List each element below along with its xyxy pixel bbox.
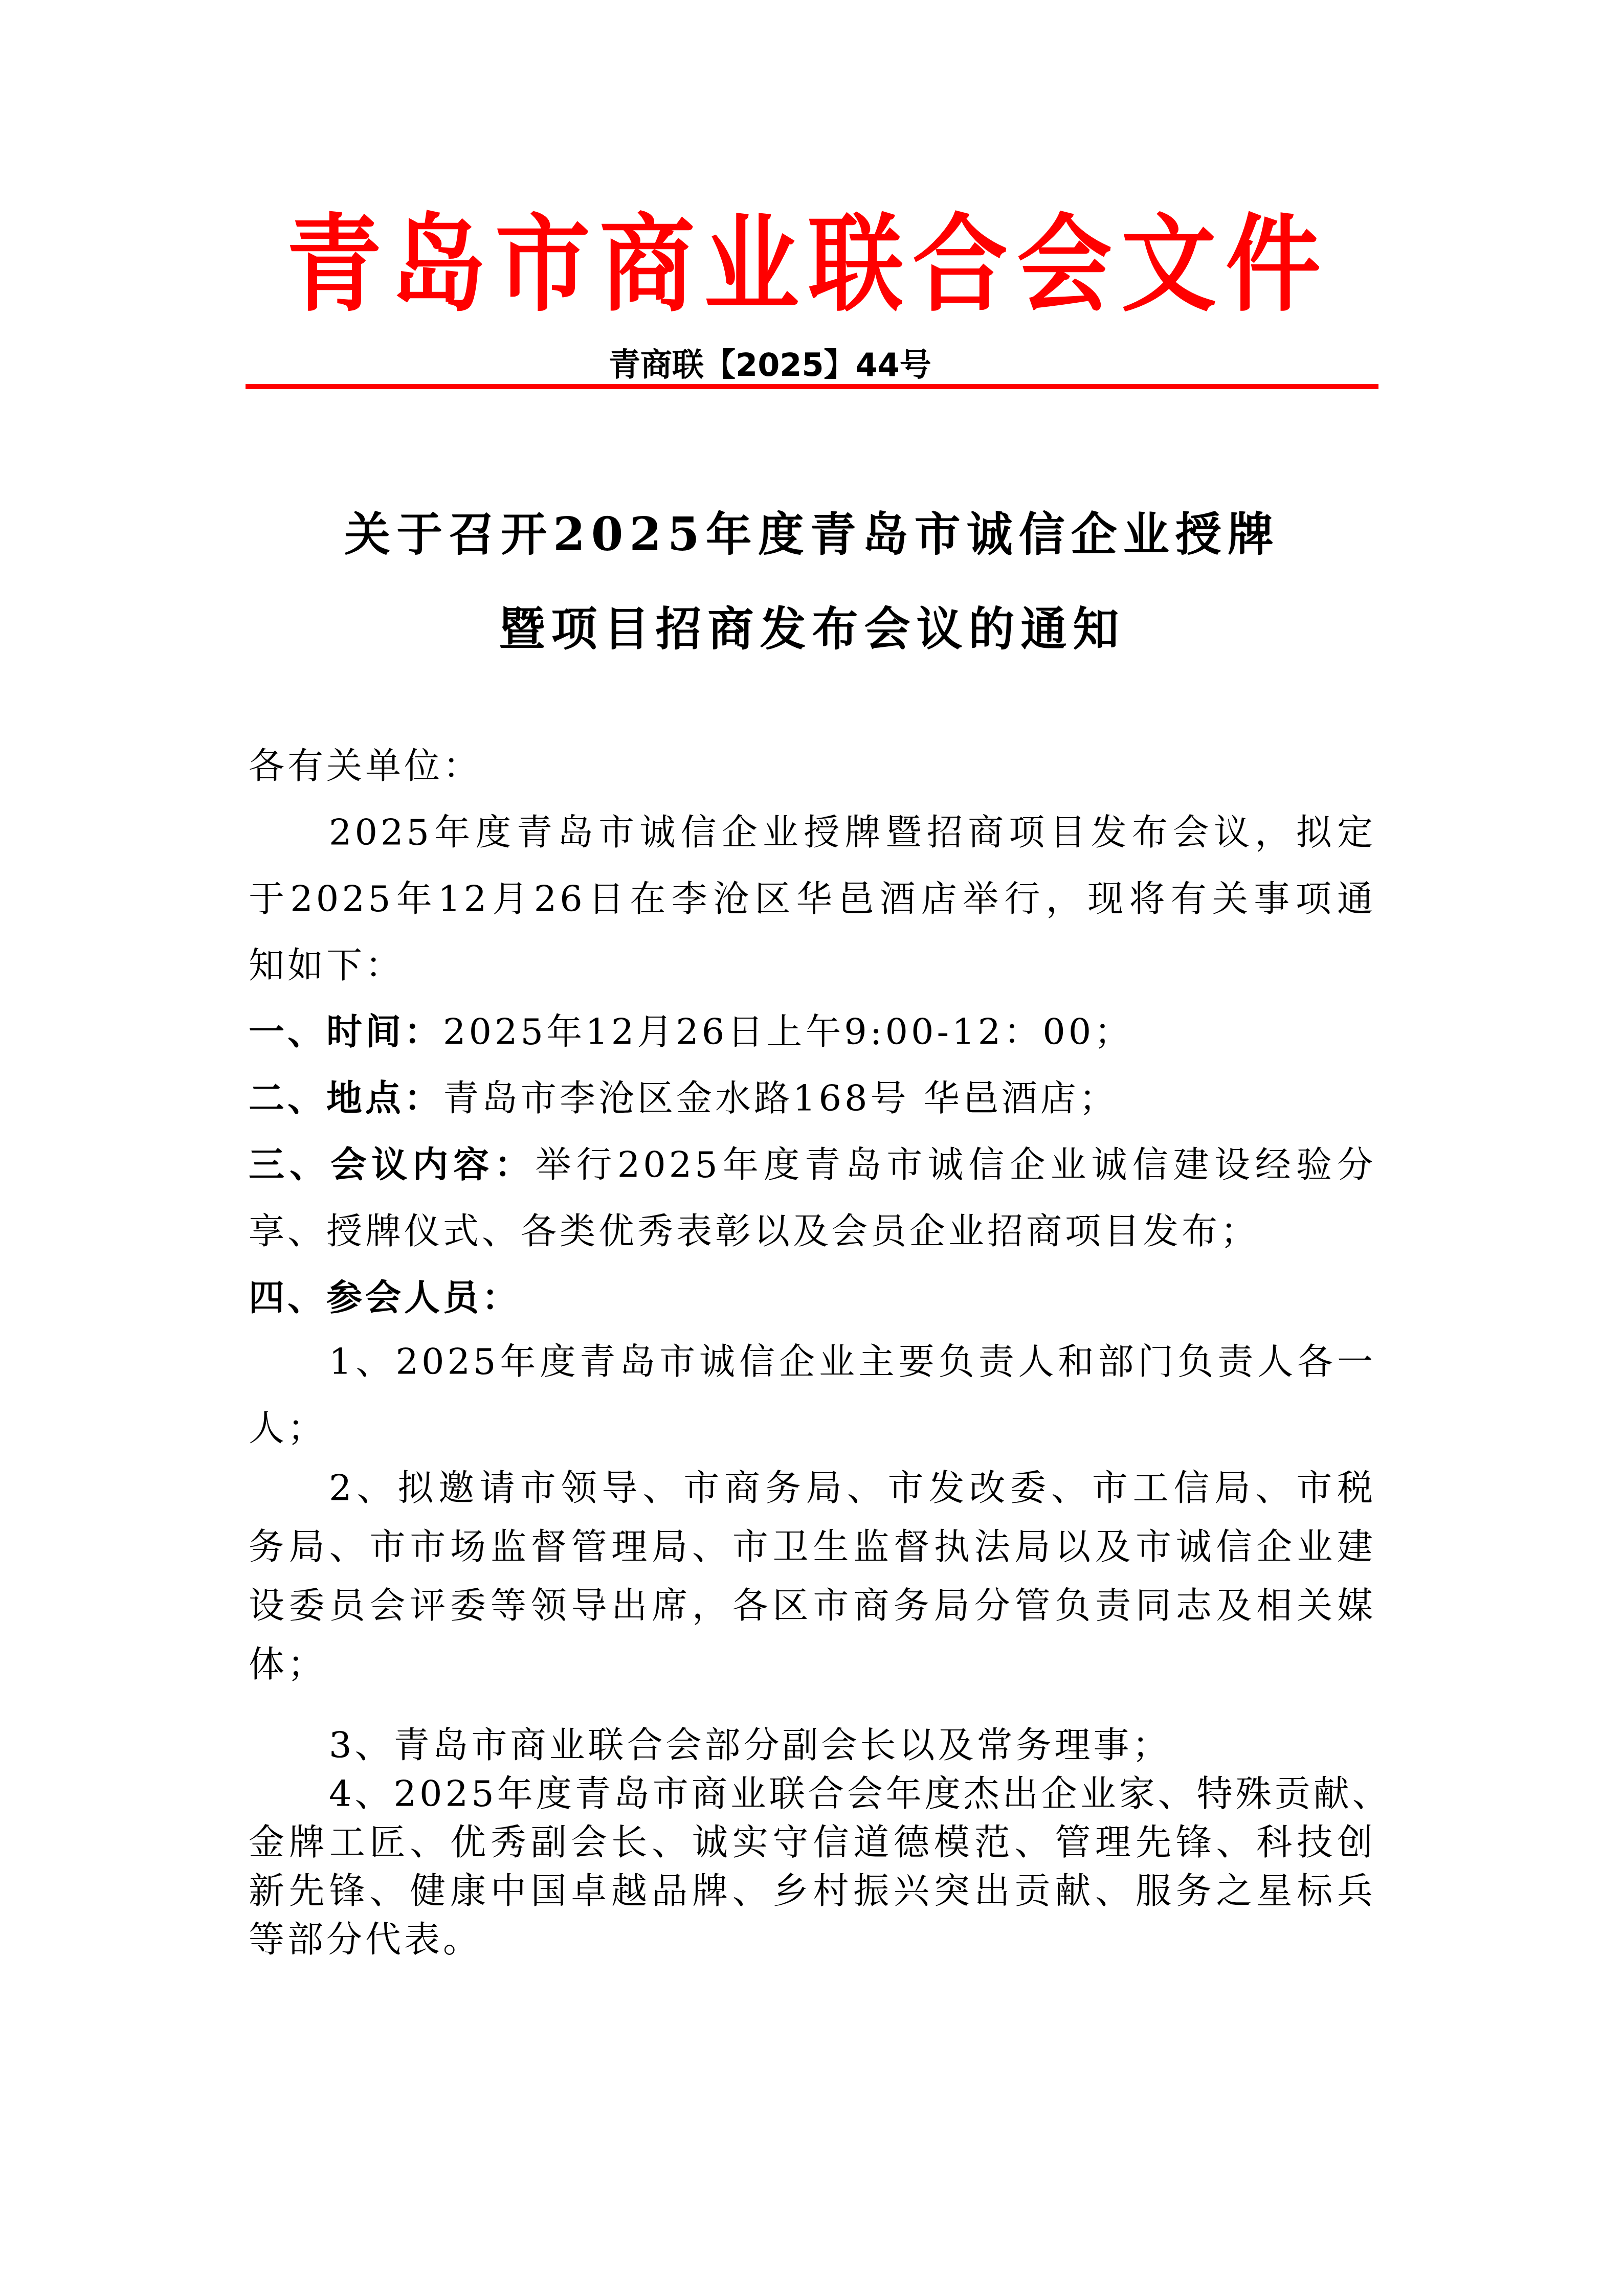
attendee-item-3-line-1: 3、青岛市商业联合会部分副会长以及常务理事； — [329, 1721, 1376, 1770]
section-content-line-2: 享、授牌仪式、各类优秀表彰以及会员企业招商项目发布； — [249, 1207, 1376, 1256]
attendee-item-2-line-4: 体； — [249, 1640, 1376, 1689]
masthead-title: 青岛市商业联合会文件 — [286, 202, 1340, 326]
attendee-item-4-line-1: 4、2025年度青岛市商业联合会年度杰出企业家、特殊贡献、 — [329, 1769, 1376, 1818]
intro-line-3: 知如下： — [249, 941, 1376, 990]
intro-line-2: 于2025年12月26日在李沧区华邑酒店举行，现将有关事项通 — [249, 874, 1376, 924]
section-location: 二、地点：青岛市李沧区金水路168号 华邑酒店； — [249, 1074, 1376, 1123]
section-attendees-label: 四、参会人员： — [249, 1277, 521, 1319]
attendee-item-4-line-4: 等部分代表。 — [249, 1915, 1376, 1964]
document-number: 青商联【2025】44号 — [609, 344, 1018, 387]
attendee-item-1-line-2: 人； — [249, 1404, 1376, 1453]
section-location-label: 二、地点： — [249, 1077, 443, 1119]
document-page: 青岛市商业联合会文件 青商联【2025】44号 关于召开2025年度青岛市诚信企… — [0, 0, 1624, 2296]
salutation: 各有关单位： — [249, 741, 1376, 791]
section-attendees: 四、参会人员： — [249, 1273, 1376, 1322]
section-content: 三、会议内容：举行2025年度青岛市诚信企业诚信建设经验分 — [249, 1140, 1376, 1189]
attendee-item-4-line-2: 金牌工匠、优秀副会长、诚实守信道德模范、管理先锋、科技创 — [249, 1818, 1376, 1867]
attendee-item-1-line-1: 1、2025年度青岛市诚信企业主要负责人和部门负责人各一 — [329, 1337, 1376, 1386]
notice-title-line-2: 暨项目招商发布会议的通知 — [246, 601, 1378, 657]
red-divider-rule — [246, 384, 1378, 389]
notice-title-line-1: 关于召开2025年度青岛市诚信企业授牌 — [246, 506, 1378, 562]
attendee-item-2-line-3: 设委员会评委等领导出席，各区市商务局分管负责同志及相关媒 — [249, 1581, 1376, 1630]
section-location-value: 青岛市李沧区金水路168号 华邑酒店； — [443, 1077, 1118, 1119]
intro-line-1: 2025年度青岛市诚信企业授牌暨招商项目发布会议，拟定 — [329, 808, 1376, 857]
section-time-label: 一、时间： — [249, 1011, 443, 1053]
section-content-value-1: 举行2025年度青岛市诚信企业诚信建设经验分 — [536, 1144, 1376, 1186]
section-content-label: 三、会议内容： — [249, 1144, 536, 1186]
attendee-item-2-line-1: 2、拟邀请市领导、市商务局、市发改委、市工信局、市税 — [329, 1464, 1376, 1513]
section-time: 一、时间：2025年12月26日上午9:00-12：00； — [249, 1007, 1376, 1056]
section-time-value: 2025年12月26日上午9:00-12：00； — [443, 1011, 1133, 1053]
attendee-item-2-line-2: 务局、市市场监督管理局、市卫生监督执法局以及市诚信企业建 — [249, 1522, 1376, 1571]
attendee-item-4-line-3: 新先锋、健康中国卓越品牌、乡村振兴突出贡献、服务之星标兵 — [249, 1866, 1376, 1916]
